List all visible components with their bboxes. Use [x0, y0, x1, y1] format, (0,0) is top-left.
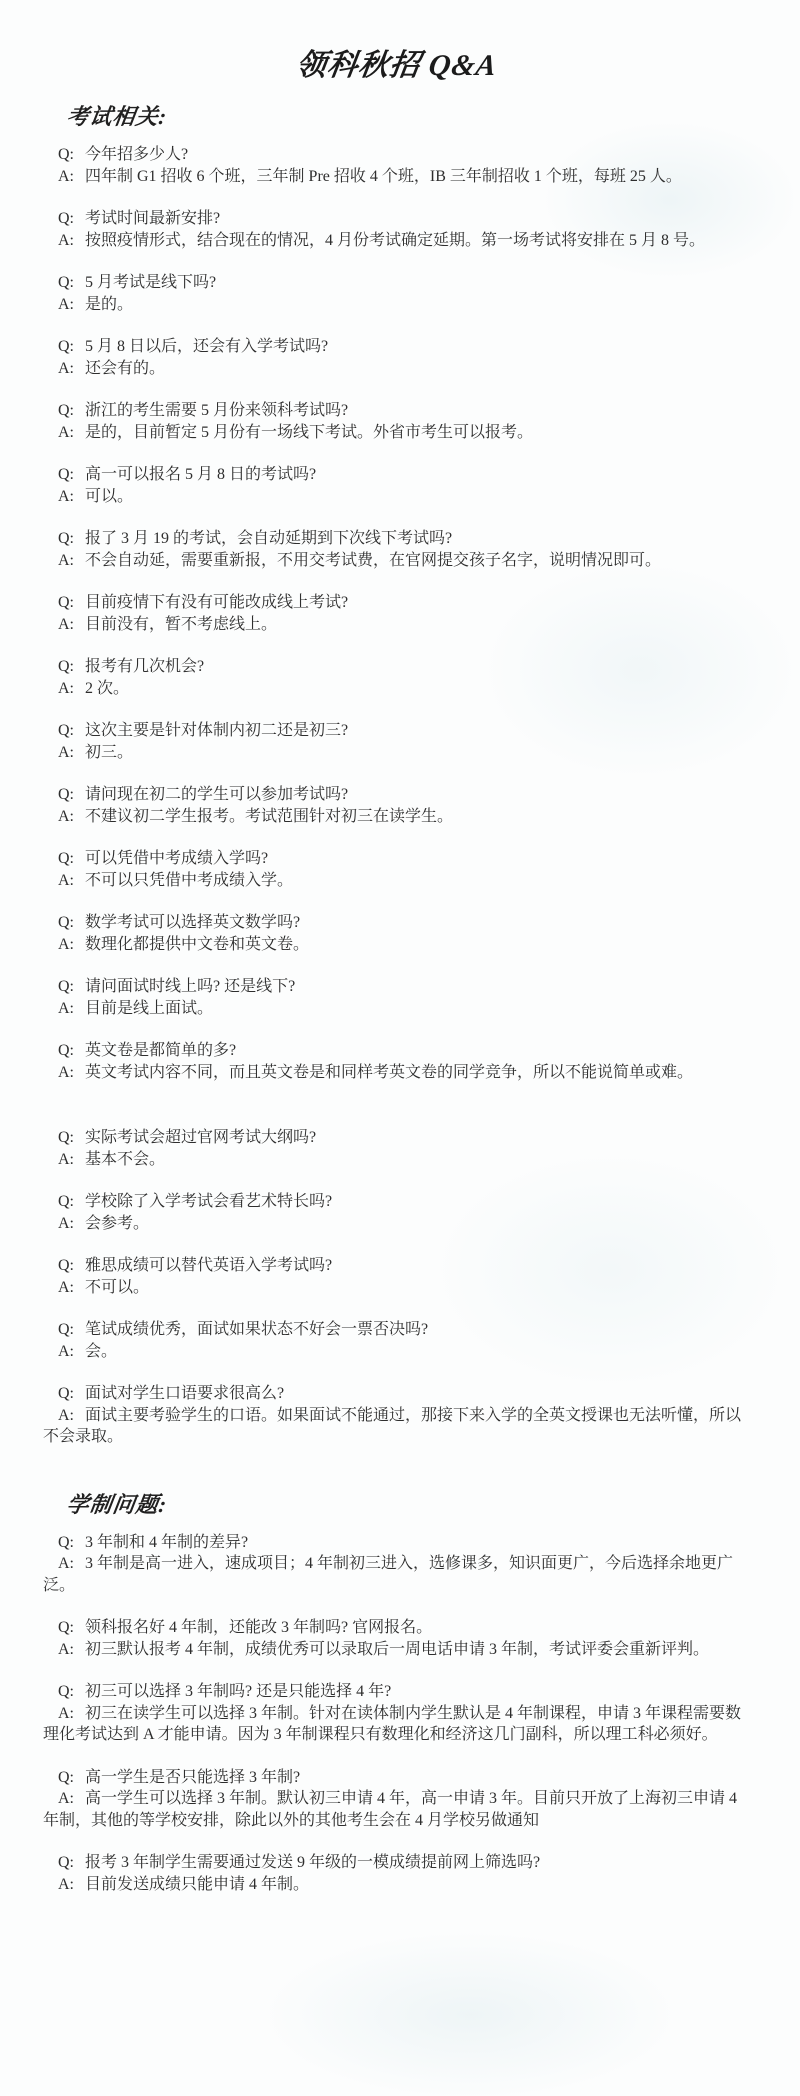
- answer-prefix: A:: [58, 680, 74, 697]
- answer-text: 2 次。: [85, 680, 129, 697]
- answer-text: 会。: [85, 1343, 117, 1360]
- answer-line: A:面试主要考验学生的口语。如果面试不能通过，那接下来入学的全英文授课也无法听懂…: [43, 1405, 752, 1448]
- qa-pair: Q:高一可以报名 5 月 8 日的考试吗? A:可以。: [43, 464, 752, 507]
- answer-prefix: A:: [58, 1641, 74, 1658]
- answer-line: A:基本不会。: [43, 1149, 752, 1171]
- question-line: Q:实际考试会超过官网考试大纲吗?: [43, 1127, 752, 1149]
- question-prefix: Q:: [58, 1385, 74, 1402]
- qa-pair: Q:领科报名好 4 年制，还能改 3 年制吗? 官网报名。 A:初三默认报考 4…: [43, 1617, 752, 1660]
- question-prefix: Q:: [58, 1534, 74, 1551]
- question-line: Q:可以凭借中考成绩入学吗?: [43, 848, 752, 870]
- question-text: 笔试成绩优秀，面试如果状态不好会一票否决吗?: [85, 1321, 428, 1338]
- answer-line: A:还会有的。: [43, 358, 752, 380]
- answer-text: 面试主要考验学生的口语。如果面试不能通过，那接下来入学的全英文授课也无法听懂，所…: [43, 1407, 741, 1446]
- answer-line: A:初三。: [43, 742, 752, 764]
- question-text: 考试时间最新安排?: [85, 210, 220, 227]
- question-text: 这次主要是针对体制内初二还是初三?: [85, 722, 348, 739]
- question-text: 5 月 8 日以后，还会有入学考试吗?: [85, 338, 328, 355]
- question-line: Q:5 月 8 日以后，还会有入学考试吗?: [43, 336, 752, 358]
- question-line: Q:5 月考试是线下吗?: [43, 272, 752, 294]
- question-prefix: Q:: [58, 530, 74, 547]
- qa-pair: Q:实际考试会超过官网考试大纲吗? A:基本不会。: [43, 1127, 752, 1170]
- answer-text: 是的。: [85, 296, 133, 313]
- question-text: 数学考试可以选择英文数学吗?: [85, 914, 300, 931]
- answer-prefix: A:: [58, 1279, 74, 1296]
- scan-artifact: [260, 1930, 680, 2096]
- question-text: 请问面试时线上吗? 还是线下?: [85, 978, 295, 995]
- question-text: 报了 3 月 19 的考试，会自动延期到下次线下考试吗?: [85, 530, 452, 547]
- question-line: Q:高一学生是否只能选择 3 年制?: [43, 1767, 752, 1789]
- question-prefix: Q:: [58, 1619, 74, 1636]
- answer-prefix: A:: [58, 232, 74, 249]
- qa-pair: Q:英文卷是都简单的多? A:英文考试内容不同，而且英文卷是和同样考英文卷的同学…: [43, 1040, 752, 1083]
- answer-line: A:初三默认报考 4 年制，成绩优秀可以录取后一周电话申请 3 年制，考试评委会…: [43, 1639, 752, 1661]
- question-text: 高一学生是否只能选择 3 年制?: [85, 1769, 300, 1786]
- question-text: 初三可以选择 3 年制吗? 还是只能选择 4 年?: [85, 1683, 391, 1700]
- answer-line: A:3 年制是高一进入，速成项目；4 年制初三进入，选修课多，知识面更广，今后选…: [43, 1553, 752, 1596]
- question-prefix: Q:: [58, 722, 74, 739]
- question-prefix: Q:: [58, 1042, 74, 1059]
- answer-prefix: A:: [58, 872, 74, 889]
- qa-pair: Q:这次主要是针对体制内初二还是初三? A:初三。: [43, 720, 752, 763]
- qa-pair: Q:面试对学生口语要求很高么? A:面试主要考验学生的口语。如果面试不能通过，那…: [43, 1383, 752, 1448]
- question-prefix: Q:: [58, 914, 74, 931]
- question-text: 领科报名好 4 年制，还能改 3 年制吗? 官网报名。: [85, 1619, 432, 1636]
- answer-text: 数理化都提供中文卷和英文卷。: [85, 936, 309, 953]
- answer-prefix: A:: [58, 168, 74, 185]
- answer-prefix: A:: [58, 1705, 74, 1722]
- question-line: Q:英文卷是都简单的多?: [43, 1040, 752, 1062]
- question-prefix: Q:: [58, 466, 74, 483]
- question-prefix: Q:: [58, 1769, 74, 1786]
- question-prefix: Q:: [58, 978, 74, 995]
- question-line: Q:今年招多少人?: [43, 144, 752, 166]
- qa-pair: Q:学校除了入学考试会看艺术特长吗? A:会参考。: [43, 1191, 752, 1234]
- question-line: Q:这次主要是针对体制内初二还是初三?: [43, 720, 752, 742]
- answer-prefix: A:: [58, 1343, 74, 1360]
- question-line: Q:学校除了入学考试会看艺术特长吗?: [43, 1191, 752, 1213]
- answer-text: 可以。: [85, 488, 133, 505]
- answer-text: 不可以。: [85, 1279, 149, 1296]
- section-heading-exam: 考试相关:: [67, 100, 752, 131]
- qa-pair: Q:高一学生是否只能选择 3 年制? A:高一学生可以选择 3 年制。默认初三申…: [43, 1767, 752, 1832]
- section-heading-program-text: 学制问题:: [65, 1488, 170, 1519]
- qa-pair: Q:3 年制和 4 年制的差异? A:3 年制是高一进入，速成项目；4 年制初三…: [43, 1532, 752, 1597]
- question-text: 3 年制和 4 年制的差异?: [85, 1534, 248, 1551]
- question-prefix: Q:: [58, 210, 74, 227]
- answer-prefix: A:: [58, 1151, 74, 1168]
- answer-text: 还会有的。: [85, 360, 165, 377]
- answer-line: A:不会自动延，需要重新报，不用交考试费，在官网提交孩子名字，说明情况即可。: [43, 550, 752, 572]
- question-line: Q:3 年制和 4 年制的差异?: [43, 1532, 752, 1554]
- question-prefix: Q:: [58, 1193, 74, 1210]
- answer-line: A:按照疫情形式，结合现在的情况，4 月份考试确定延期。第一场考试将安排在 5 …: [43, 230, 752, 252]
- qa-pair: Q:浙江的考生需要 5 月份来领科考试吗? A:是的，目前暂定 5 月份有一场线…: [43, 400, 752, 443]
- question-text: 目前疫情下有没有可能改成线上考试?: [85, 594, 348, 611]
- answer-prefix: A:: [58, 360, 74, 377]
- answer-line: A:目前没有，暂不考虑线上。: [43, 614, 752, 636]
- question-text: 浙江的考生需要 5 月份来领科考试吗?: [85, 402, 348, 419]
- question-prefix: Q:: [58, 594, 74, 611]
- answer-line: A:可以。: [43, 486, 752, 508]
- question-line: Q:面试对学生口语要求很高么?: [43, 1383, 752, 1405]
- answer-line: A:初三在读学生可以选择 3 年制。针对在读体制内学生默认是 4 年制课程，申请…: [43, 1703, 752, 1746]
- question-line: Q:领科报名好 4 年制，还能改 3 年制吗? 官网报名。: [43, 1617, 752, 1639]
- question-text: 可以凭借中考成绩入学吗?: [85, 850, 268, 867]
- question-prefix: Q:: [58, 1854, 74, 1871]
- answer-text: 目前没有，暂不考虑线上。: [85, 616, 277, 633]
- document-page: 领科秋招 Q&A 考试相关: Q:今年招多少人? A:四年制 G1 招收 6 个…: [0, 0, 800, 1895]
- qa-pair: Q:可以凭借中考成绩入学吗? A:不可以只凭借中考成绩入学。: [43, 848, 752, 891]
- question-text: 请问现在初二的学生可以参加考试吗?: [85, 786, 348, 803]
- question-line: Q:笔试成绩优秀，面试如果状态不好会一票否决吗?: [43, 1319, 752, 1341]
- question-prefix: Q:: [58, 402, 74, 419]
- qa-pair: Q:今年招多少人? A:四年制 G1 招收 6 个班，三年制 Pre 招收 4 …: [43, 144, 752, 187]
- answer-text: 初三默认报考 4 年制，成绩优秀可以录取后一周电话申请 3 年制，考试评委会重新…: [85, 1641, 709, 1658]
- section-heading-exam-text: 考试相关:: [65, 100, 170, 131]
- question-prefix: Q:: [58, 1321, 74, 1338]
- answer-text: 不建议初二学生报考。考试范围针对初三在读学生。: [85, 808, 453, 825]
- answer-text: 初三。: [85, 744, 133, 761]
- qa-pair: Q:数学考试可以选择英文数学吗? A:数理化都提供中文卷和英文卷。: [43, 912, 752, 955]
- question-line: Q:浙江的考生需要 5 月份来领科考试吗?: [43, 400, 752, 422]
- qa-pair: Q:目前疫情下有没有可能改成线上考试? A:目前没有，暂不考虑线上。: [43, 592, 752, 635]
- qa-pair: Q:笔试成绩优秀，面试如果状态不好会一票否决吗? A:会。: [43, 1319, 752, 1362]
- answer-prefix: A:: [58, 552, 74, 569]
- answer-text: 会参考。: [85, 1215, 149, 1232]
- question-prefix: Q:: [58, 338, 74, 355]
- qa-pair: Q:报考 3 年制学生需要通过发送 9 年级的一模成绩提前网上筛选吗? A:目前…: [43, 1852, 752, 1895]
- qa-pair: Q:请问现在初二的学生可以参加考试吗? A:不建议初二学生报考。考试范围针对初三…: [43, 784, 752, 827]
- answer-text: 不会自动延，需要重新报，不用交考试费，在官网提交孩子名字，说明情况即可。: [85, 552, 661, 569]
- qa-list-program: Q:3 年制和 4 年制的差异? A:3 年制是高一进入，速成项目；4 年制初三…: [43, 1532, 752, 1896]
- answer-line: A:是的。: [43, 294, 752, 316]
- question-line: Q:目前疫情下有没有可能改成线上考试?: [43, 592, 752, 614]
- answer-prefix: A:: [58, 1790, 74, 1807]
- answer-prefix: A:: [58, 1000, 74, 1017]
- question-text: 5 月考试是线下吗?: [85, 274, 216, 291]
- answer-text: 3 年制是高一进入，速成项目；4 年制初三进入，选修课多，知识面更广，今后选择余…: [43, 1555, 733, 1594]
- answer-prefix: A:: [58, 424, 74, 441]
- qa-pair: Q:请问面试时线上吗? 还是线下? A:目前是线上面试。: [43, 976, 752, 1019]
- question-line: Q:数学考试可以选择英文数学吗?: [43, 912, 752, 934]
- answer-text: 高一学生可以选择 3 年制。默认初三申请 4 年，高一申请 3 年。目前只开放了…: [43, 1790, 737, 1829]
- question-prefix: Q:: [58, 1129, 74, 1146]
- qa-pair: Q:报了 3 月 19 的考试，会自动延期到下次线下考试吗? A:不会自动延，需…: [43, 528, 752, 571]
- question-line: Q:报考有几次机会?: [43, 656, 752, 678]
- answer-text: 四年制 G1 招收 6 个班，三年制 Pre 招收 4 个班，IB 三年制招收 …: [85, 168, 682, 185]
- question-text: 报考有几次机会?: [85, 658, 204, 675]
- qa-pair: Q:5 月考试是线下吗? A:是的。: [43, 272, 752, 315]
- question-text: 今年招多少人?: [85, 146, 188, 163]
- answer-prefix: A:: [58, 1407, 74, 1424]
- answer-prefix: A:: [58, 616, 74, 633]
- question-prefix: Q:: [58, 1257, 74, 1274]
- answer-text: 英文考试内容不同，而且英文卷是和同样考英文卷的同学竞争，所以不能说简单或难。: [85, 1064, 693, 1081]
- answer-line: A:英文考试内容不同，而且英文卷是和同样考英文卷的同学竞争，所以不能说简单或难。: [43, 1062, 752, 1084]
- answer-prefix: A:: [58, 488, 74, 505]
- answer-prefix: A:: [58, 1064, 74, 1081]
- question-line: Q:高一可以报名 5 月 8 日的考试吗?: [43, 464, 752, 486]
- qa-pair: Q:雅思成绩可以替代英语入学考试吗? A:不可以。: [43, 1255, 752, 1298]
- answer-line: A:不可以只凭借中考成绩入学。: [43, 870, 752, 892]
- answer-text: 是的，目前暂定 5 月份有一场线下考试。外省市考生可以报考。: [85, 424, 533, 441]
- question-text: 实际考试会超过官网考试大纲吗?: [85, 1129, 316, 1146]
- question-line: Q:雅思成绩可以替代英语入学考试吗?: [43, 1255, 752, 1277]
- section-heading-program: 学制问题:: [67, 1488, 752, 1519]
- answer-prefix: A:: [58, 296, 74, 313]
- answer-text: 目前是线上面试。: [85, 1000, 213, 1017]
- question-line: Q:请问面试时线上吗? 还是线下?: [43, 976, 752, 998]
- answer-prefix: A:: [58, 1555, 74, 1572]
- answer-line: A:是的，目前暂定 5 月份有一场线下考试。外省市考生可以报考。: [43, 422, 752, 444]
- answer-text: 目前发送成绩只能申请 4 年制。: [85, 1876, 309, 1893]
- answer-text: 基本不会。: [85, 1151, 165, 1168]
- answer-prefix: A:: [58, 808, 74, 825]
- question-text: 英文卷是都简单的多?: [85, 1042, 236, 1059]
- question-line: Q:报了 3 月 19 的考试，会自动延期到下次线下考试吗?: [43, 528, 752, 550]
- question-line: Q:报考 3 年制学生需要通过发送 9 年级的一模成绩提前网上筛选吗?: [43, 1852, 752, 1874]
- question-prefix: Q:: [58, 850, 74, 867]
- question-text: 学校除了入学考试会看艺术特长吗?: [85, 1193, 332, 1210]
- answer-prefix: A:: [58, 744, 74, 761]
- question-prefix: Q:: [58, 1683, 74, 1700]
- answer-text: 初三在读学生可以选择 3 年制。针对在读体制内学生默认是 4 年制课程，申请 3…: [43, 1705, 741, 1744]
- document-title-text: 领科秋招 Q&A: [294, 40, 501, 84]
- answer-line: A:会。: [43, 1341, 752, 1363]
- answer-line: A:不可以。: [43, 1277, 752, 1299]
- question-text: 雅思成绩可以替代英语入学考试吗?: [85, 1257, 332, 1274]
- answer-line: A:高一学生可以选择 3 年制。默认初三申请 4 年，高一申请 3 年。目前只开…: [43, 1788, 752, 1831]
- answer-prefix: A:: [58, 1876, 74, 1893]
- answer-prefix: A:: [58, 1215, 74, 1232]
- question-prefix: Q:: [58, 274, 74, 291]
- question-prefix: Q:: [58, 146, 74, 163]
- answer-line: A:不建议初二学生报考。考试范围针对初三在读学生。: [43, 806, 752, 828]
- question-line: Q:初三可以选择 3 年制吗? 还是只能选择 4 年?: [43, 1681, 752, 1703]
- answer-line: A:目前发送成绩只能申请 4 年制。: [43, 1874, 752, 1896]
- question-text: 报考 3 年制学生需要通过发送 9 年级的一模成绩提前网上筛选吗?: [85, 1854, 540, 1871]
- qa-pair: Q:报考有几次机会? A:2 次。: [43, 656, 752, 699]
- answer-text: 按照疫情形式，结合现在的情况，4 月份考试确定延期。第一场考试将安排在 5 月 …: [85, 232, 705, 249]
- qa-pair: Q:5 月 8 日以后，还会有入学考试吗? A:还会有的。: [43, 336, 752, 379]
- question-line: Q:请问现在初二的学生可以参加考试吗?: [43, 784, 752, 806]
- document-title: 领科秋招 Q&A: [43, 40, 752, 84]
- answer-line: A:会参考。: [43, 1213, 752, 1235]
- qa-pair: Q:初三可以选择 3 年制吗? 还是只能选择 4 年? A:初三在读学生可以选择…: [43, 1681, 752, 1746]
- answer-line: A:目前是线上面试。: [43, 998, 752, 1020]
- answer-line: A:四年制 G1 招收 6 个班，三年制 Pre 招收 4 个班，IB 三年制招…: [43, 166, 752, 188]
- qa-pair: Q:考试时间最新安排? A:按照疫情形式，结合现在的情况，4 月份考试确定延期。…: [43, 208, 752, 251]
- question-prefix: Q:: [58, 786, 74, 803]
- qa-list-exam: Q:今年招多少人? A:四年制 G1 招收 6 个班，三年制 Pre 招收 4 …: [43, 144, 752, 1448]
- question-text: 高一可以报名 5 月 8 日的考试吗?: [85, 466, 316, 483]
- answer-text: 不可以只凭借中考成绩入学。: [85, 872, 293, 889]
- answer-line: A:2 次。: [43, 678, 752, 700]
- answer-prefix: A:: [58, 936, 74, 953]
- question-line: Q:考试时间最新安排?: [43, 208, 752, 230]
- question-prefix: Q:: [58, 658, 74, 675]
- question-text: 面试对学生口语要求很高么?: [85, 1385, 284, 1402]
- answer-line: A:数理化都提供中文卷和英文卷。: [43, 934, 752, 956]
